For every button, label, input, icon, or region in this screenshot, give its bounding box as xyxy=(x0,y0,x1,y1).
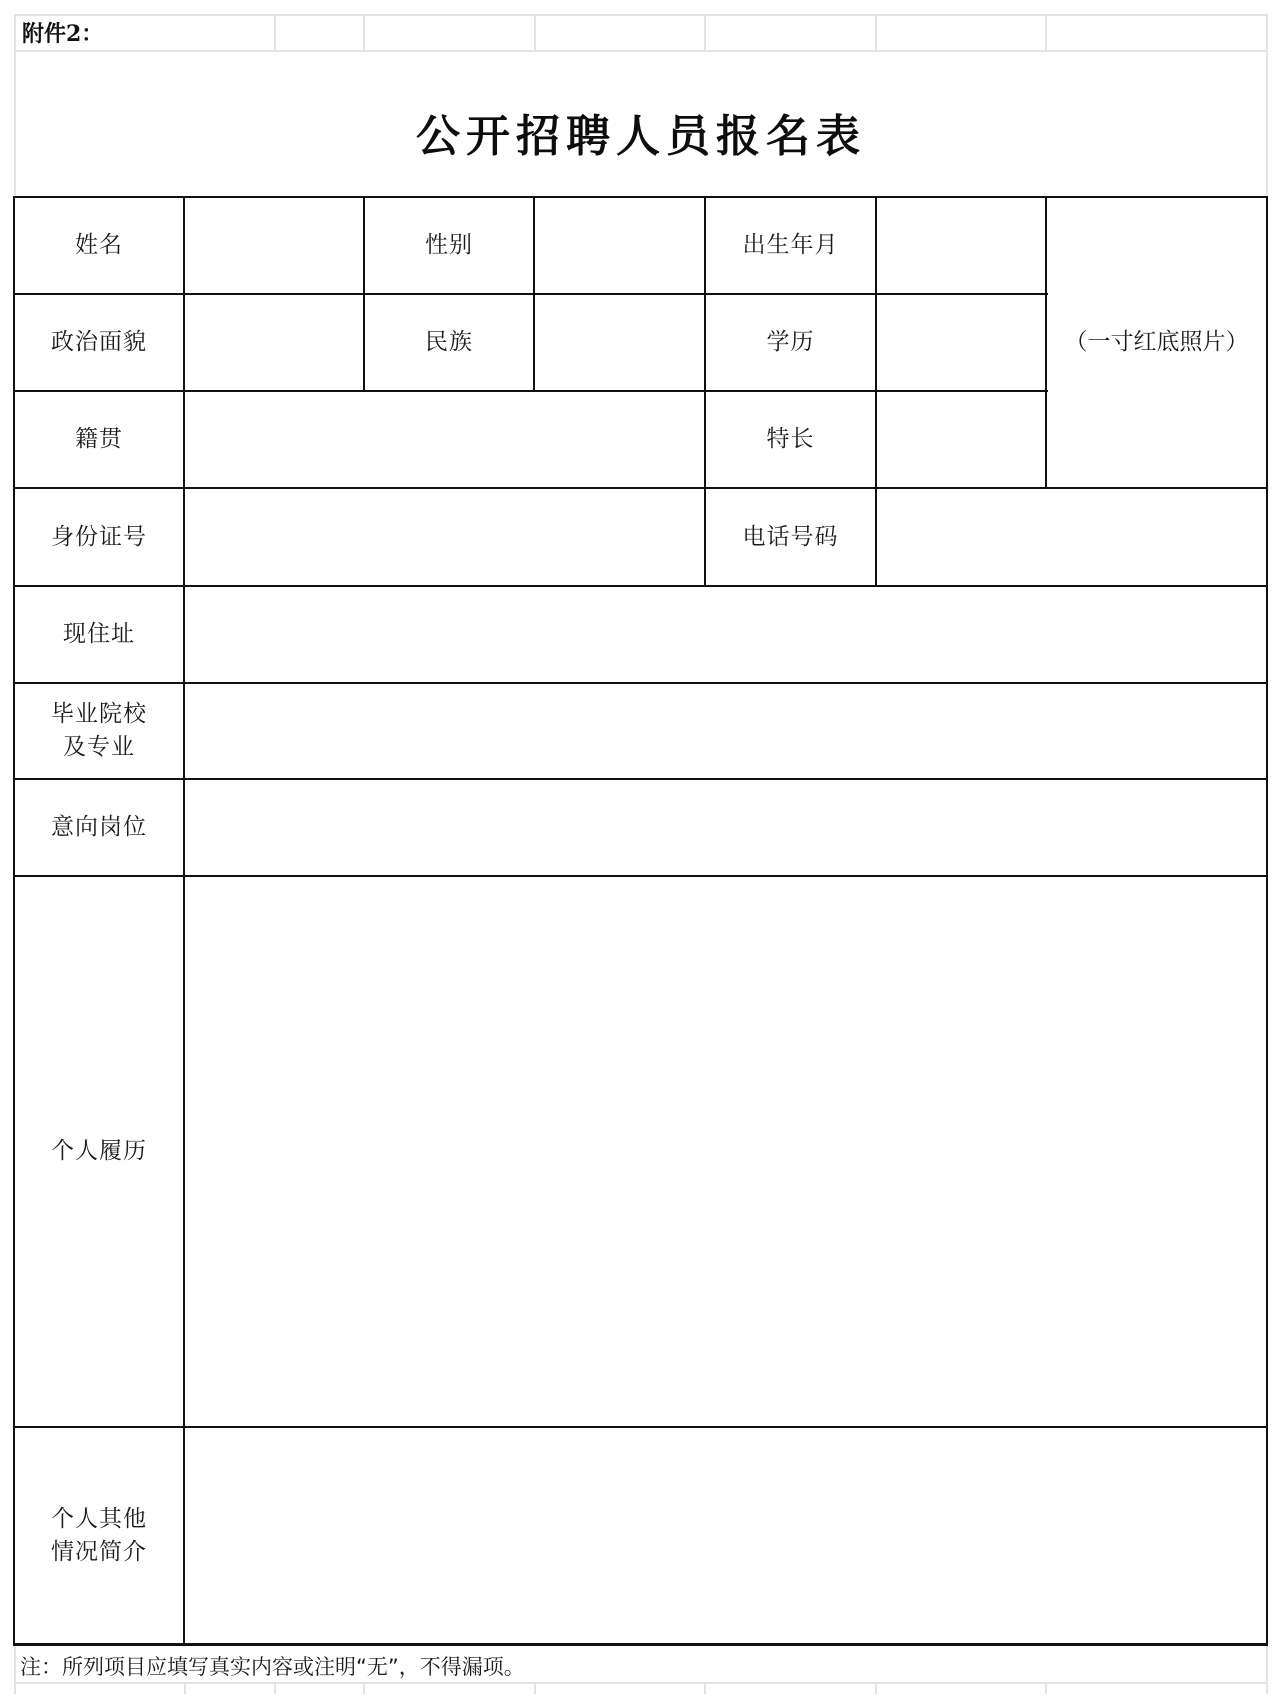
page-title: 公开招聘人员报名表 xyxy=(14,100,1268,164)
label-text: 个人履历 xyxy=(51,1135,147,1168)
school-major-field[interactable] xyxy=(185,684,1266,778)
label-text: 毕业院校 及专业 xyxy=(51,698,147,764)
label-text: 个人其他 情况简介 xyxy=(51,1503,147,1569)
education-field[interactable] xyxy=(877,295,1045,390)
label-text: 身份证号 xyxy=(51,521,147,554)
desired-position-field[interactable] xyxy=(185,780,1266,875)
label-name: 姓名 xyxy=(15,198,183,293)
gridline xyxy=(363,14,365,51)
id-number-field[interactable] xyxy=(185,489,704,585)
photo-placeholder-text: （一寸红底照片） xyxy=(1065,326,1249,359)
attachment-label: 附件2： xyxy=(22,17,103,48)
gridline xyxy=(1266,1644,1268,1694)
label-address: 现住址 xyxy=(15,587,183,682)
specialty-field[interactable] xyxy=(877,392,1045,487)
gridline xyxy=(534,1683,536,1694)
table-border xyxy=(1266,196,1268,1646)
label-text: 出生年月 xyxy=(743,229,839,262)
gridline xyxy=(1045,1683,1047,1694)
label-resume: 个人履历 xyxy=(15,877,183,1426)
gridline xyxy=(14,1682,1268,1684)
label-other-info: 个人其他 情况简介 xyxy=(15,1428,183,1643)
birth-date-field[interactable] xyxy=(877,198,1045,293)
label-text: 现住址 xyxy=(63,618,135,651)
label-text: 民族 xyxy=(425,326,473,359)
label-ethnicity: 民族 xyxy=(365,295,533,390)
label-birth-date: 出生年月 xyxy=(706,198,875,293)
label-text: 意向岗位 xyxy=(51,811,147,844)
gridline xyxy=(704,14,706,51)
gender-field[interactable] xyxy=(535,198,704,293)
label-text: 电话号码 xyxy=(743,521,839,554)
label-text: 特长 xyxy=(767,423,815,456)
label-text: 姓名 xyxy=(75,229,123,262)
gridline xyxy=(14,1644,16,1694)
label-text: 学历 xyxy=(767,326,815,359)
label-education: 学历 xyxy=(706,295,875,390)
gridline xyxy=(274,14,276,51)
resume-field[interactable] xyxy=(185,877,1266,1426)
label-desired-position: 意向岗位 xyxy=(15,780,183,875)
table-border xyxy=(14,1643,1268,1646)
gridline xyxy=(875,14,877,51)
gridline xyxy=(184,1683,186,1694)
label-text: 性别 xyxy=(425,229,473,262)
gridline xyxy=(534,14,536,51)
gridline xyxy=(1045,14,1047,51)
label-specialty: 特长 xyxy=(706,392,875,487)
photo-placeholder[interactable]: （一寸红底照片） xyxy=(1047,198,1266,487)
gridline xyxy=(274,1683,276,1694)
gridline xyxy=(363,1683,365,1694)
label-political-status: 政治面貌 xyxy=(15,295,183,390)
label-phone: 电话号码 xyxy=(706,489,875,585)
label-native-place: 籍贯 xyxy=(15,392,183,487)
gridline xyxy=(704,1683,706,1694)
label-text: 籍贯 xyxy=(75,423,123,456)
phone-field[interactable] xyxy=(877,489,1266,585)
label-gender: 性别 xyxy=(365,198,533,293)
gridline xyxy=(14,14,1268,16)
address-field[interactable] xyxy=(185,587,1266,682)
label-text: 政治面貌 xyxy=(51,326,147,359)
ethnicity-field[interactable] xyxy=(535,295,704,390)
footnote: 注：所列项目应填写真实内容或注明“无”，不得漏项。 xyxy=(20,1651,525,1681)
native-place-field[interactable] xyxy=(185,392,704,487)
other-info-field[interactable] xyxy=(185,1428,1266,1643)
label-school-major: 毕业院校 及专业 xyxy=(15,684,183,778)
name-field[interactable] xyxy=(185,198,363,293)
gridline xyxy=(875,1683,877,1694)
political-status-field[interactable] xyxy=(185,295,363,390)
gridline xyxy=(14,50,1268,52)
label-id-number: 身份证号 xyxy=(15,489,183,585)
